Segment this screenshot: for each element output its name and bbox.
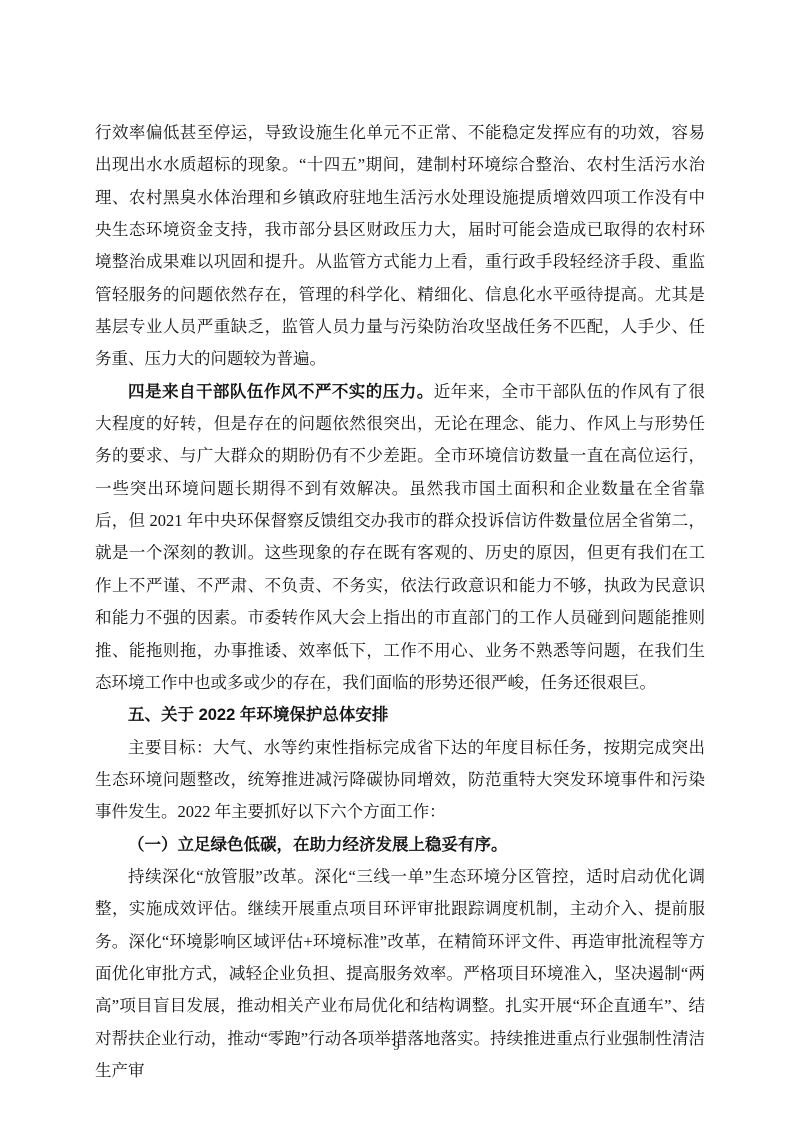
section-heading: 五、关于 2022 年环境保护总体安排: [95, 699, 705, 731]
text-run: 近年来，全市干部队伍的作风有了很大程度的好转，但是存在的问题依然很突出，无论在理…: [95, 382, 705, 692]
page-footer: 9: [0, 1038, 793, 1054]
text-run: 四是来自干部队伍作风不严不实的压力。: [128, 382, 434, 401]
text-run: 五、关于 2022 年环境保护总体安排: [128, 706, 388, 724]
paragraph: 行效率偏低甚至停运，导致设施生化单元不正常、不能稳定发挥应有的功效，容易出现出水…: [95, 117, 705, 376]
subsection-heading: （一）立足绿色低碳，在助力经济发展上稳妥有序。: [95, 829, 705, 861]
document-page: 行效率偏低甚至停运，导致设施生化单元不正常、不能稳定发挥应有的功效，容易出现出水…: [0, 0, 793, 1122]
page-number: 9: [393, 1038, 400, 1053]
text-run: 主要目标：大气、水等约束性指标完成省下达的年度目标任务，按期完成突出生态环境问题…: [95, 738, 705, 822]
paragraph: 四是来自干部队伍作风不严不实的压力。近年来，全市干部队伍的作风有了很大程度的好转…: [95, 376, 705, 699]
text-run: 行效率偏低甚至停运，导致设施生化单元不正常、不能稳定发挥应有的功效，容易出现出水…: [95, 123, 705, 368]
paragraph: 主要目标：大气、水等约束性指标完成省下达的年度目标任务，按期完成突出生态环境问题…: [95, 732, 705, 829]
document-body: 行效率偏低甚至停运，导致设施生化单元不正常、不能稳定发挥应有的功效，容易出现出水…: [95, 117, 705, 1087]
text-run: （一）立足绿色低碳，在助力经济发展上稳妥有序。: [128, 835, 508, 854]
